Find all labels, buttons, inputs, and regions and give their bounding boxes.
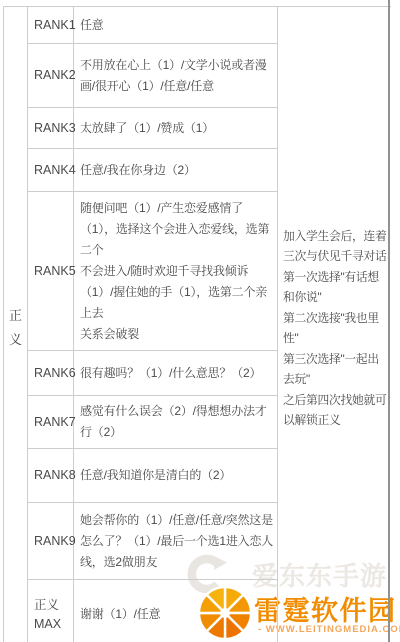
arcana-label: 正义 [9,304,23,352]
rank-label: RANK2 [28,44,74,108]
guide-page: 爱东东手游 雷霆软件园 - WWW.LEITINGMEDIA.COM - 正义 … [0,0,400,642]
rank-answer: 任意/我在你身边（2） [74,149,278,192]
rank-label: RANK4 [28,149,74,192]
rank-label: RANK8 [28,449,74,503]
rank-answer: 很有趣吗？（1）/什么意思？（2） [74,351,278,396]
rank-label: RANK3 [28,108,74,149]
table-row: 正义 RANK1 任意 加入学生会后，连着三次与伏见千寻对话 第一次选择"有话想… [4,7,391,44]
rank-label: RANK7 [28,396,74,449]
page-right-divider [388,0,390,642]
rank-label: RANK1 [28,7,74,44]
rank-label: 正义 MAX [28,580,74,642]
rank-label: RANK5 [28,192,74,351]
rank-answer: 不用放在心上（1）/文学小说或者漫画/很开心（1）/任意/任意 [74,44,278,108]
rank-answer: 任意/我知道你是清白的（2） [74,449,278,503]
arcana-cell: 正义 [4,7,28,642]
rank-answer: 她会帮你的（1）/任意/任意/突然这是怎么了？（1）/最后一个选1进入恋人线，选… [74,503,278,580]
rank-label: RANK9 [28,503,74,580]
rank-answer: 感觉有什么误会（2）/得想想办法才行（2） [74,396,278,449]
rank-answer: 随便问吧（1）/产生恋爱感情了（1），选择这个会进入恋爱线，选第二个 不会进入/… [74,192,278,351]
rank-answer: 谢谢（1）/任意 [74,580,278,642]
rank-answer: 任意 [74,7,278,44]
rank-label: RANK6 [28,351,74,396]
confidant-guide-table: 正义 RANK1 任意 加入学生会后，连着三次与伏见千寻对话 第一次选择"有话想… [3,6,391,642]
rank-answer: 太放肆了（1）/赞成（1） [74,108,278,149]
unlock-notes: 加入学生会后，连着三次与伏见千寻对话 第一次选择"有话想和你说" 第二次选接"我… [278,7,391,642]
